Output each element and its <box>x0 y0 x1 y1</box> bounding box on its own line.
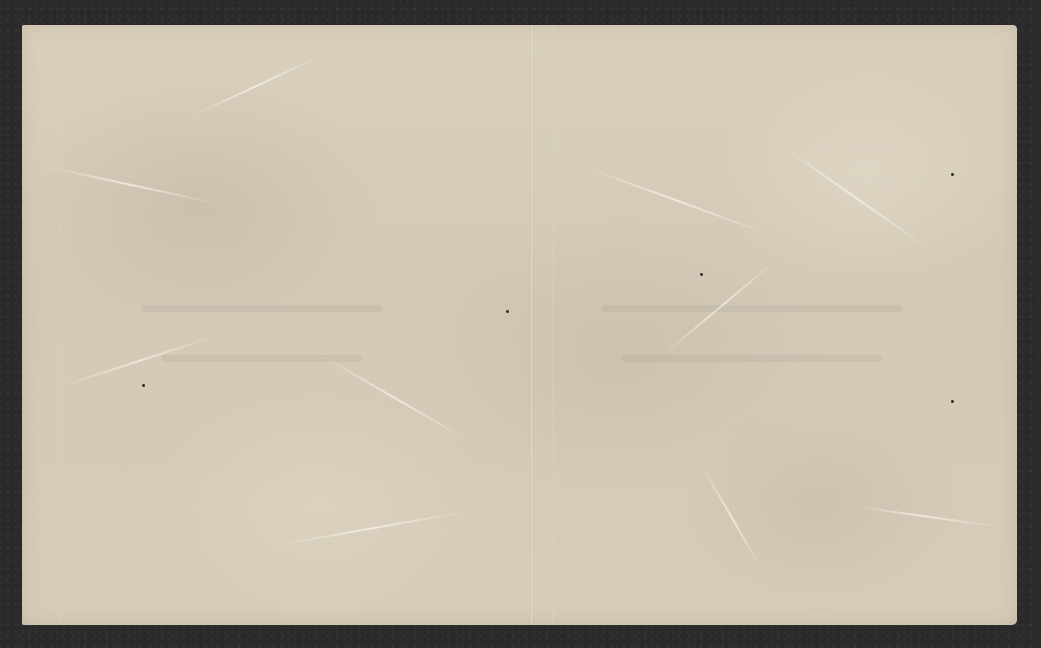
crease <box>781 145 930 250</box>
show-through-ink <box>622 355 882 362</box>
speck <box>506 310 509 313</box>
fold-line-center <box>530 25 533 625</box>
crease <box>322 355 470 442</box>
crease <box>852 505 1001 528</box>
fold-line-center-secondary <box>552 25 554 625</box>
crease <box>42 165 218 204</box>
fold-line-left <box>58 25 60 625</box>
speck <box>142 384 145 387</box>
crease <box>701 466 763 571</box>
show-through-ink <box>142 305 382 312</box>
crease <box>192 56 320 117</box>
speck <box>951 400 954 403</box>
crease <box>582 165 771 235</box>
speck <box>951 173 954 176</box>
speck <box>700 273 703 276</box>
show-through-ink <box>162 355 362 362</box>
show-through-ink <box>602 305 902 312</box>
crease <box>272 510 469 547</box>
blank-paper-sheet <box>22 25 1017 625</box>
